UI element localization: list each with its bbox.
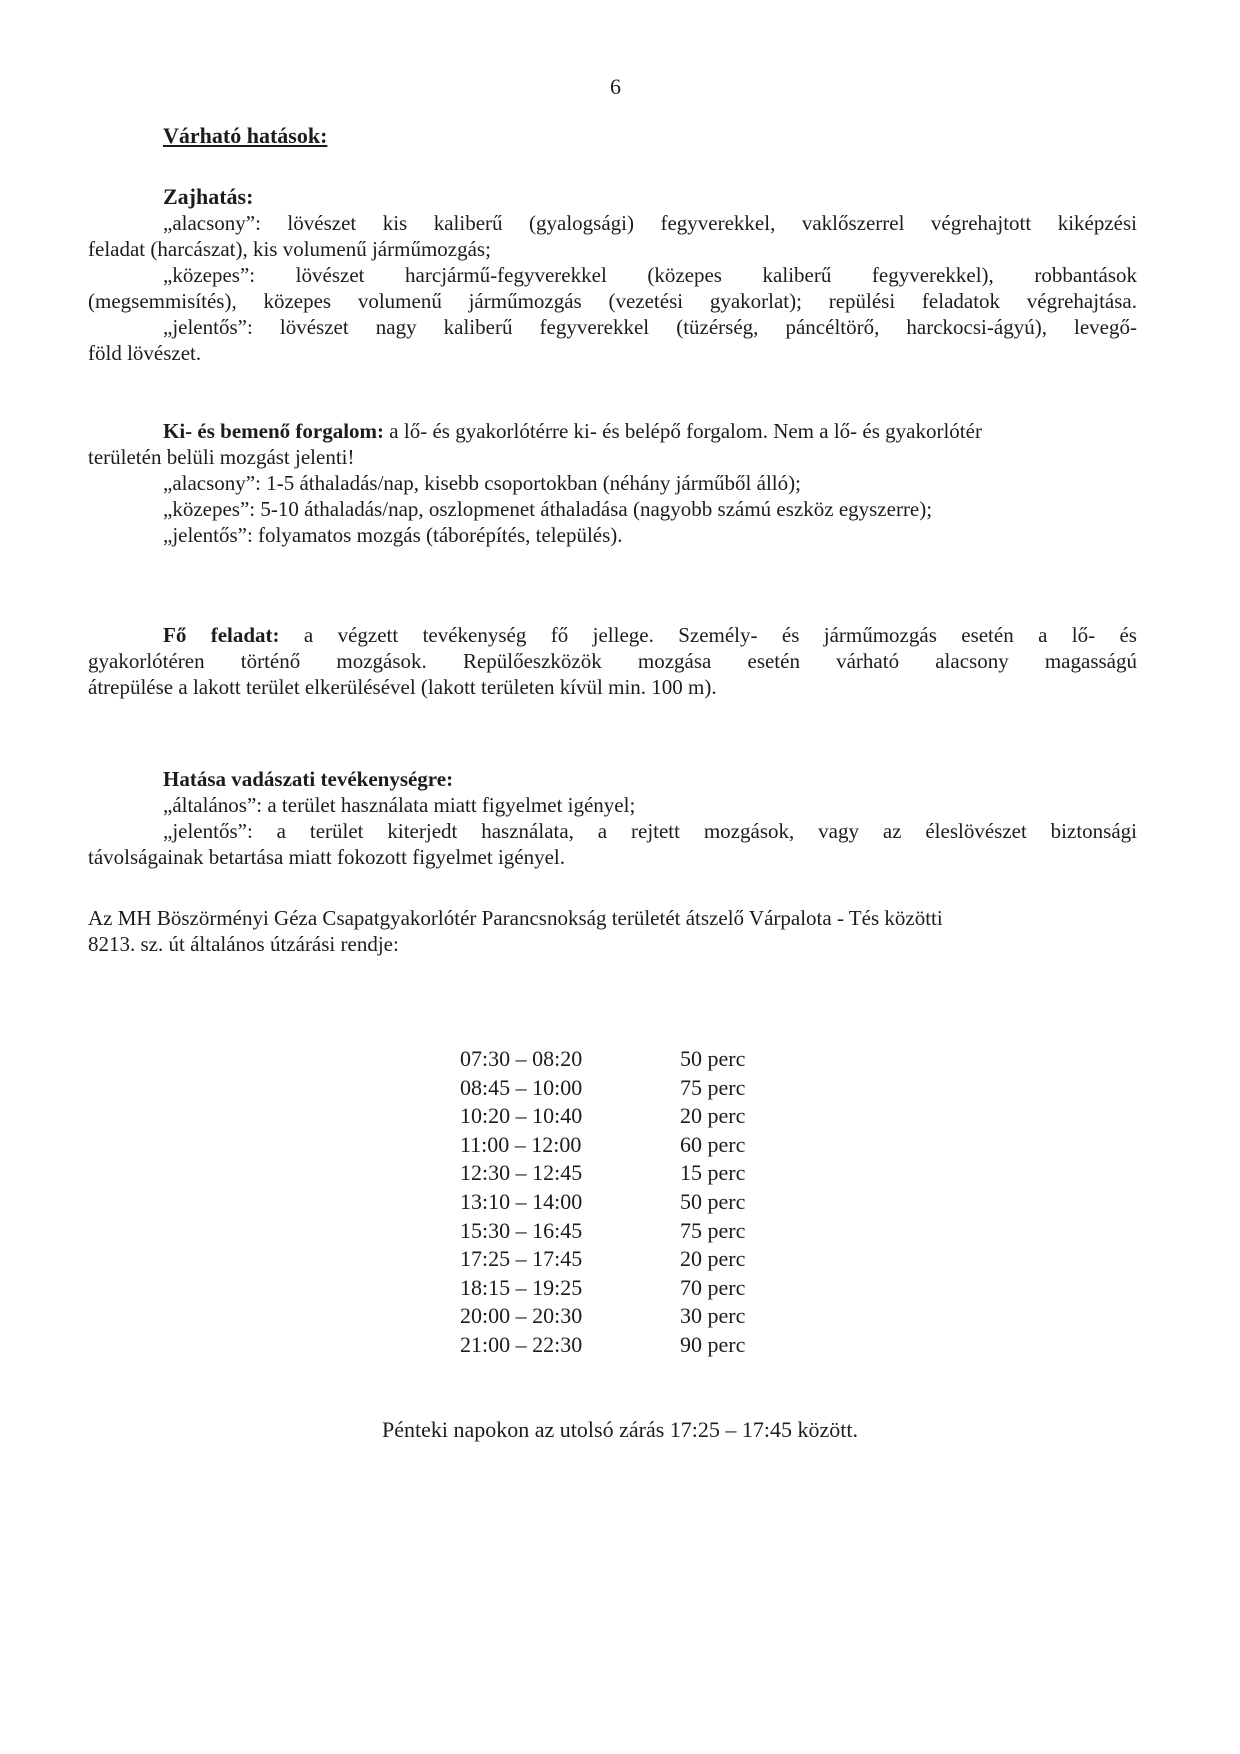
schedule-row: 12:30 – 12:4515 perc — [460, 1160, 780, 1189]
noise-paragraph: „alacsony”: lövészet kis kaliberű (gyalo… — [88, 210, 1137, 366]
hunting-general-line: „általános”: a terület használata miatt … — [88, 792, 1137, 818]
schedule-time-range: 11:00 – 12:00 — [460, 1132, 581, 1158]
noise-low-line: „alacsony”: lövészet kis kaliberű (gyalo… — [88, 210, 1137, 236]
noise-heading: Zajhatás: — [163, 184, 253, 210]
schedule-time-range: 18:15 – 19:25 — [460, 1275, 582, 1301]
noise-medium-line-cont: (megsemmisítés), közepes volumenű járműm… — [88, 288, 1137, 314]
schedule-time-range: 07:30 – 08:20 — [460, 1046, 582, 1072]
schedule-row: 15:30 – 16:4575 perc — [460, 1218, 780, 1247]
schedule-row: 08:45 – 10:0075 perc — [460, 1075, 780, 1104]
noise-low-line-cont: feladat (harcászat), kis volumenű járműm… — [88, 236, 1137, 262]
traffic-heading: Ki- és bemenő forgalom: — [163, 419, 384, 443]
schedule-duration: 50 perc — [680, 1046, 745, 1072]
main-task-line-3: átrepülése a lakott terület elkerüléséve… — [88, 674, 1137, 700]
road-closure-schedule: 07:30 – 08:2050 perc08:45 – 10:0075 perc… — [460, 1046, 780, 1361]
friday-note: Pénteki napokon az utolsó zárás 17:25 – … — [0, 1417, 1240, 1443]
schedule-row: 17:25 – 17:4520 perc — [460, 1246, 780, 1275]
schedule-duration: 75 perc — [680, 1075, 745, 1101]
traffic-paragraph: Ki- és bemenő forgalom: a lő- és gyakorl… — [88, 418, 1137, 548]
schedule-duration: 90 perc — [680, 1332, 745, 1358]
schedule-row: 07:30 – 08:2050 perc — [460, 1046, 780, 1075]
schedule-time-range: 13:10 – 14:00 — [460, 1189, 582, 1215]
traffic-intro-line: Ki- és bemenő forgalom: a lő- és gyakorl… — [88, 418, 1137, 444]
main-task-line: Fő feladat: a végzett tevékenység fő jel… — [88, 622, 1137, 648]
road-closure-line-1: Az MH Böszörményi Géza Csapatgyakorlótér… — [88, 905, 1137, 931]
schedule-time-range: 10:20 – 10:40 — [460, 1103, 582, 1129]
schedule-duration: 20 perc — [680, 1246, 745, 1272]
main-task-heading: Fő feladat: — [163, 623, 280, 647]
section-heading-expected-effects: Várható hatások: — [163, 123, 327, 149]
main-task-paragraph: Fő feladat: a végzett tevékenység fő jel… — [88, 622, 1137, 700]
schedule-time-range: 15:30 – 16:45 — [460, 1218, 582, 1244]
schedule-duration: 60 perc — [680, 1132, 745, 1158]
hunting-significant-line-cont: távolságainak betartása miatt fokozott f… — [88, 844, 1137, 870]
traffic-intro-line-cont: területén belüli mozgást jelenti! — [88, 444, 1137, 470]
schedule-duration: 20 perc — [680, 1103, 745, 1129]
schedule-row: 11:00 – 12:0060 perc — [460, 1132, 780, 1161]
schedule-row: 13:10 – 14:0050 perc — [460, 1189, 780, 1218]
hunting-significant-line: „jelentős”: a terület kiterjedt használa… — [88, 818, 1137, 844]
noise-high-line: „jelentős”: lövészet nagy kaliberű fegyv… — [88, 314, 1137, 340]
schedule-row: 18:15 – 19:2570 perc — [460, 1275, 780, 1304]
schedule-time-range: 20:00 – 20:30 — [460, 1303, 582, 1329]
main-task-text: a végzett tevékenység fő jellege. Személ… — [280, 623, 1137, 647]
schedule-row: 21:00 – 22:3090 perc — [460, 1332, 780, 1361]
noise-high-line-cont: föld lövészet. — [88, 340, 1137, 366]
noise-medium-line: „közepes”: lövészet harcjármű-fegyverekk… — [88, 262, 1137, 288]
road-closure-paragraph: Az MH Böszörményi Géza Csapatgyakorlótér… — [88, 905, 1137, 957]
schedule-row: 10:20 – 10:4020 perc — [460, 1103, 780, 1132]
schedule-time-range: 17:25 – 17:45 — [460, 1246, 582, 1272]
schedule-duration: 70 perc — [680, 1275, 745, 1301]
schedule-time-range: 21:00 – 22:30 — [460, 1332, 582, 1358]
schedule-time-range: 08:45 – 10:00 — [460, 1075, 582, 1101]
hunting-paragraph: Hatása vadászati tevékenységre: „általán… — [88, 766, 1137, 870]
road-closure-line-2: 8213. sz. út általános útzárási rendje: — [88, 931, 1137, 957]
traffic-intro-text: a lő- és gyakorlótérre ki- és belépő for… — [384, 419, 982, 443]
traffic-high-line: „jelentős”: folyamatos mozgás (táborépít… — [88, 522, 1137, 548]
traffic-medium-line: „közepes”: 5-10 áthaladás/nap, oszlopmen… — [88, 496, 1137, 522]
schedule-duration: 50 perc — [680, 1189, 745, 1215]
schedule-time-range: 12:30 – 12:45 — [460, 1160, 582, 1186]
schedule-duration: 75 perc — [680, 1218, 745, 1244]
page-number: 6 — [610, 74, 621, 100]
main-task-line-2: gyakorlótéren történő mozgások. Repülőes… — [88, 648, 1137, 674]
schedule-row: 20:00 – 20:3030 perc — [460, 1303, 780, 1332]
schedule-duration: 15 perc — [680, 1160, 745, 1186]
schedule-duration: 30 perc — [680, 1303, 745, 1329]
hunting-heading: Hatása vadászati tevékenységre: — [88, 766, 1137, 792]
traffic-low-line: „alacsony”: 1-5 áthaladás/nap, kisebb cs… — [88, 470, 1137, 496]
